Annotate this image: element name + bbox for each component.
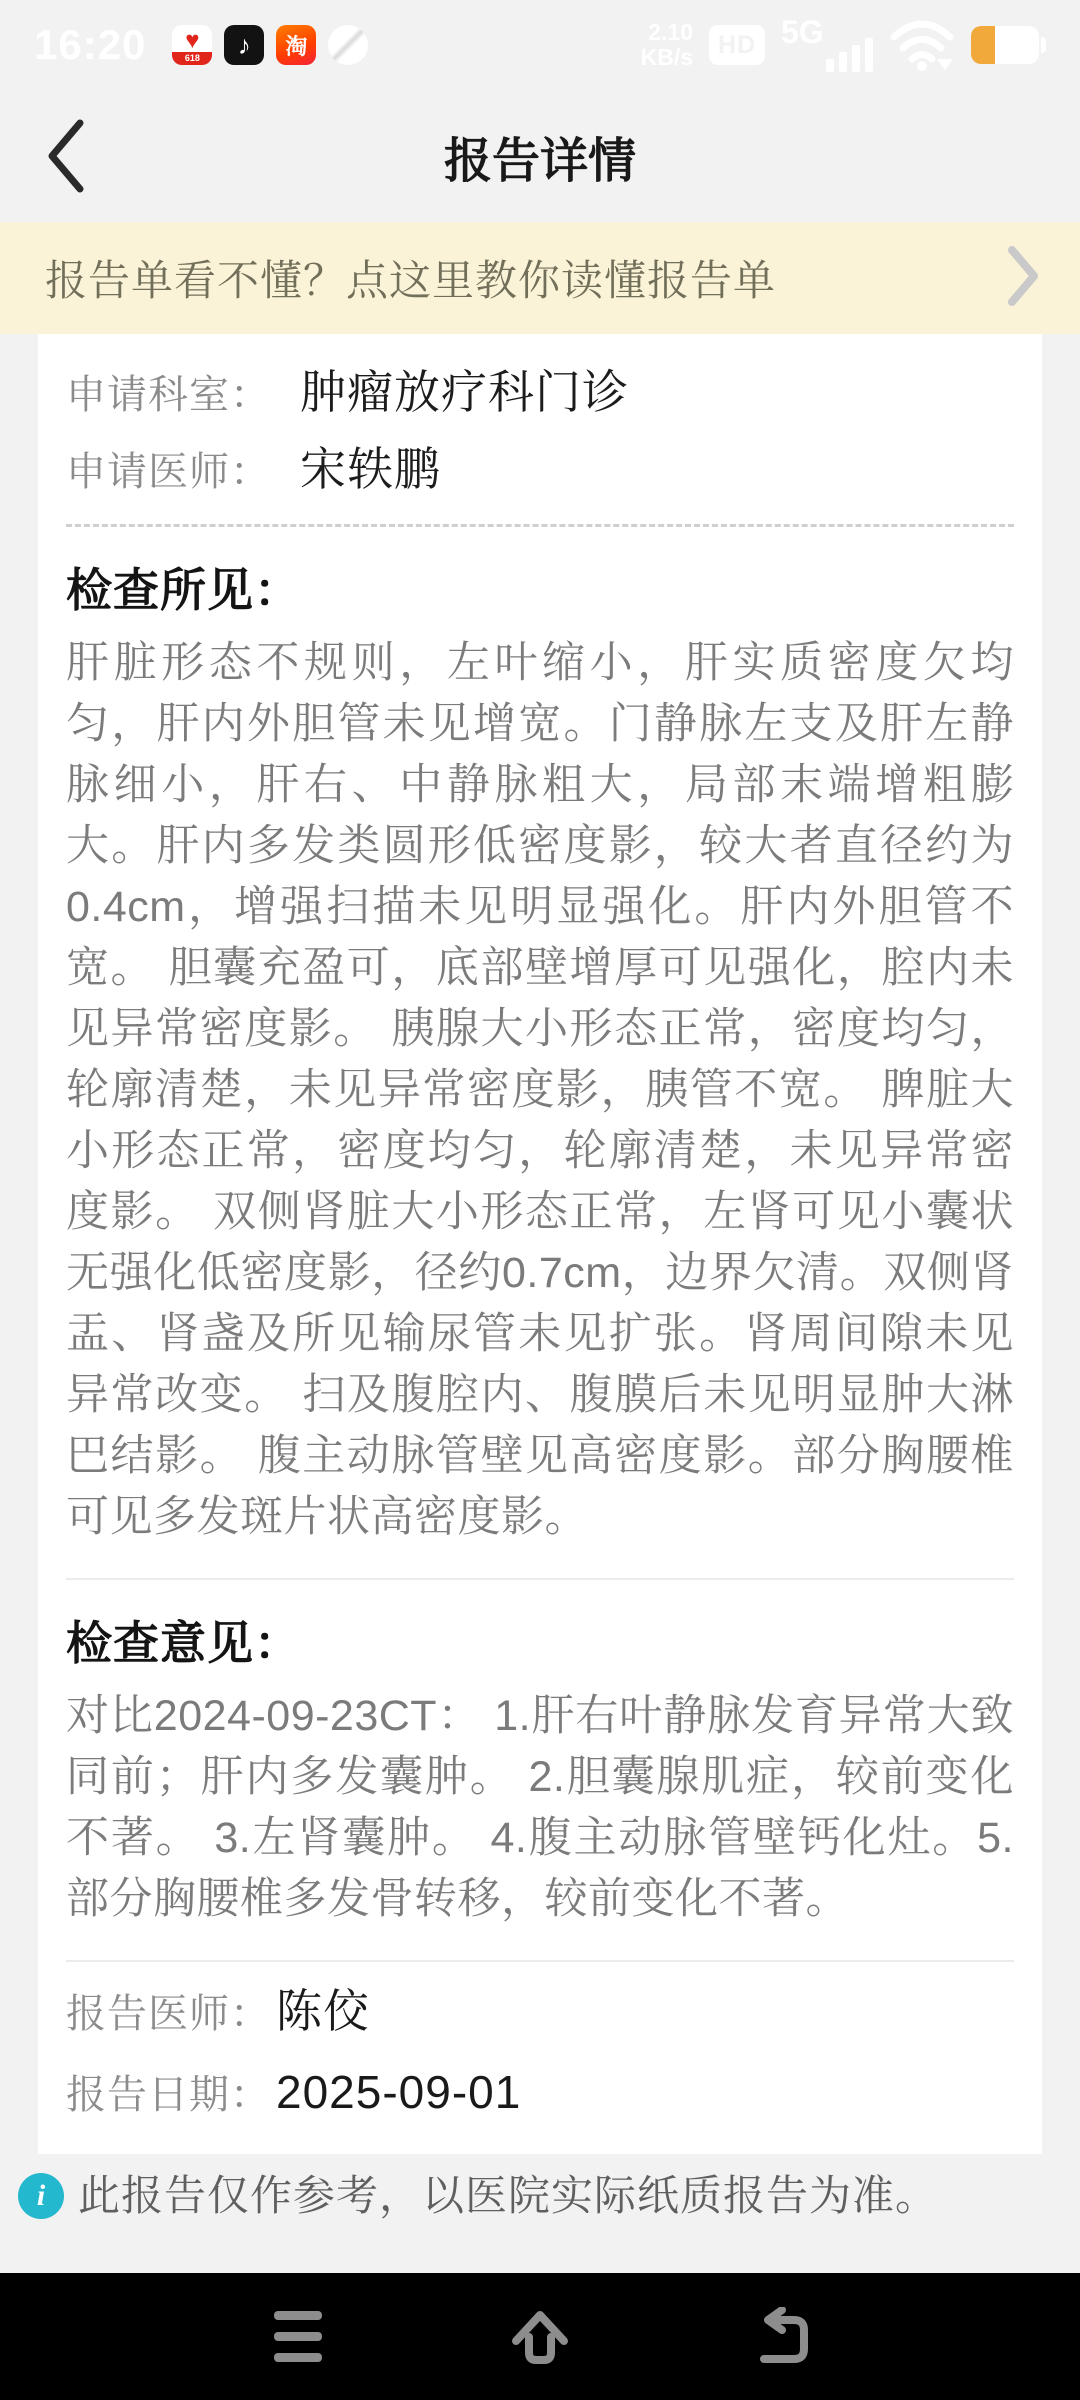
opinion-text: 对比2024-09-23CT： 1.肝右叶静脉发育异常大致同前；肝内多发囊肿。 … — [66, 1686, 1014, 1930]
request-doctor-value: 宋轶鹏 — [300, 441, 441, 497]
screen: 16:20 ♥ 618 ♪ 淘 2.10 KB/s HD 5G — [0, 0, 1080, 2400]
findings-text: 肝脏形态不规则，左叶缩小，肝实质密度欠均匀，肝内外胆管未见增宽。门静脉左支及肝左… — [66, 633, 1014, 1548]
douyin-app-icon: ♪ — [224, 25, 264, 65]
page-title: 报告详情 — [444, 122, 636, 191]
status-right-cluster: 2.10 KB/s HD 5G — [641, 16, 1046, 74]
report-doctor-row: 报告医师： 陈佼 — [66, 1982, 1014, 2043]
request-dept-value: 肿瘤放疗科门诊 — [300, 364, 629, 420]
system-nav-bar — [0, 2273, 1080, 2400]
back-nav-button[interactable] — [750, 2305, 814, 2369]
report-doctor-value: 陈佼 — [276, 1982, 370, 2040]
title-bar: 报告详情 — [0, 90, 1080, 222]
signal-5g-icon: 5G — [781, 16, 873, 74]
report-card: 申请科室： 肿瘤放疗科门诊 申请医师： 宋轶鹏 检查所见： 肝脏形态不规则，左叶… — [38, 334, 1042, 2154]
report-date-value: 2025-09-01 — [276, 2063, 521, 2121]
status-bar: 16:20 ♥ 618 ♪ 淘 2.10 KB/s HD 5G — [0, 0, 1080, 90]
network-type-label: 5G — [781, 14, 824, 51]
wifi-icon — [889, 19, 955, 71]
disclaimer-row: i 此报告仅作参考，以医院实际纸质报告为准。 — [18, 2168, 1050, 2224]
request-dept-label: 申请科室： — [66, 367, 300, 423]
request-doctor-row: 申请医师： 宋轶鹏 — [66, 441, 1014, 500]
network-speed: 2.10 KB/s — [641, 20, 693, 70]
section-divider-1 — [66, 1578, 1014, 1580]
info-icon: i — [18, 2173, 64, 2219]
home-button[interactable] — [508, 2305, 572, 2369]
help-banner-text: 报告单看不懂？点这里教你读懂报告单 — [45, 248, 776, 308]
clock-time: 16:20 — [34, 21, 146, 69]
report-date-label: 报告日期： — [66, 2066, 276, 2124]
menu-icon — [274, 2311, 322, 2362]
report-doctor-label: 报告医师： — [66, 1985, 276, 2043]
signal-bars-icon — [826, 38, 873, 72]
dashed-divider — [66, 524, 1014, 527]
findings-title: 检查所见： — [66, 563, 1014, 617]
return-arrow-icon — [752, 2307, 812, 2367]
network-speed-value: 2.10 — [641, 20, 693, 45]
notification-app-icons: ♥ 618 ♪ 淘 — [172, 25, 368, 65]
taobao-618-app-icon: 淘 — [276, 25, 316, 65]
recents-menu-button[interactable] — [266, 2305, 330, 2369]
jd-618-badge: 618 — [172, 52, 212, 65]
heart-glyph: ♥ — [185, 29, 199, 53]
disclaimer-text: 此报告仅作参考，以医院实际纸质报告为准。 — [78, 2168, 938, 2224]
network-speed-unit: KB/s — [641, 45, 693, 70]
chevron-left-icon — [44, 117, 88, 195]
section-divider-2 — [66, 1960, 1014, 1962]
jd-618-app-icon: ♥ 618 — [172, 25, 212, 65]
battery-level-fill — [971, 26, 995, 64]
help-banner[interactable]: 报告单看不懂？点这里教你读懂报告单 — [0, 222, 1080, 334]
opinion-title: 检查意见： — [66, 1616, 1014, 1670]
battery-icon — [971, 26, 1046, 64]
back-button[interactable] — [44, 116, 104, 196]
report-date-row: 报告日期： 2025-09-01 — [66, 2063, 1014, 2124]
request-doctor-label: 申请医师： — [66, 444, 300, 500]
circle-app-icon — [328, 25, 368, 65]
hd-volte-icon: HD — [709, 25, 765, 65]
chevron-right-icon — [1006, 244, 1040, 313]
home-icon — [508, 2307, 572, 2367]
request-dept-row: 申请科室： 肿瘤放疗科门诊 — [66, 364, 1014, 423]
